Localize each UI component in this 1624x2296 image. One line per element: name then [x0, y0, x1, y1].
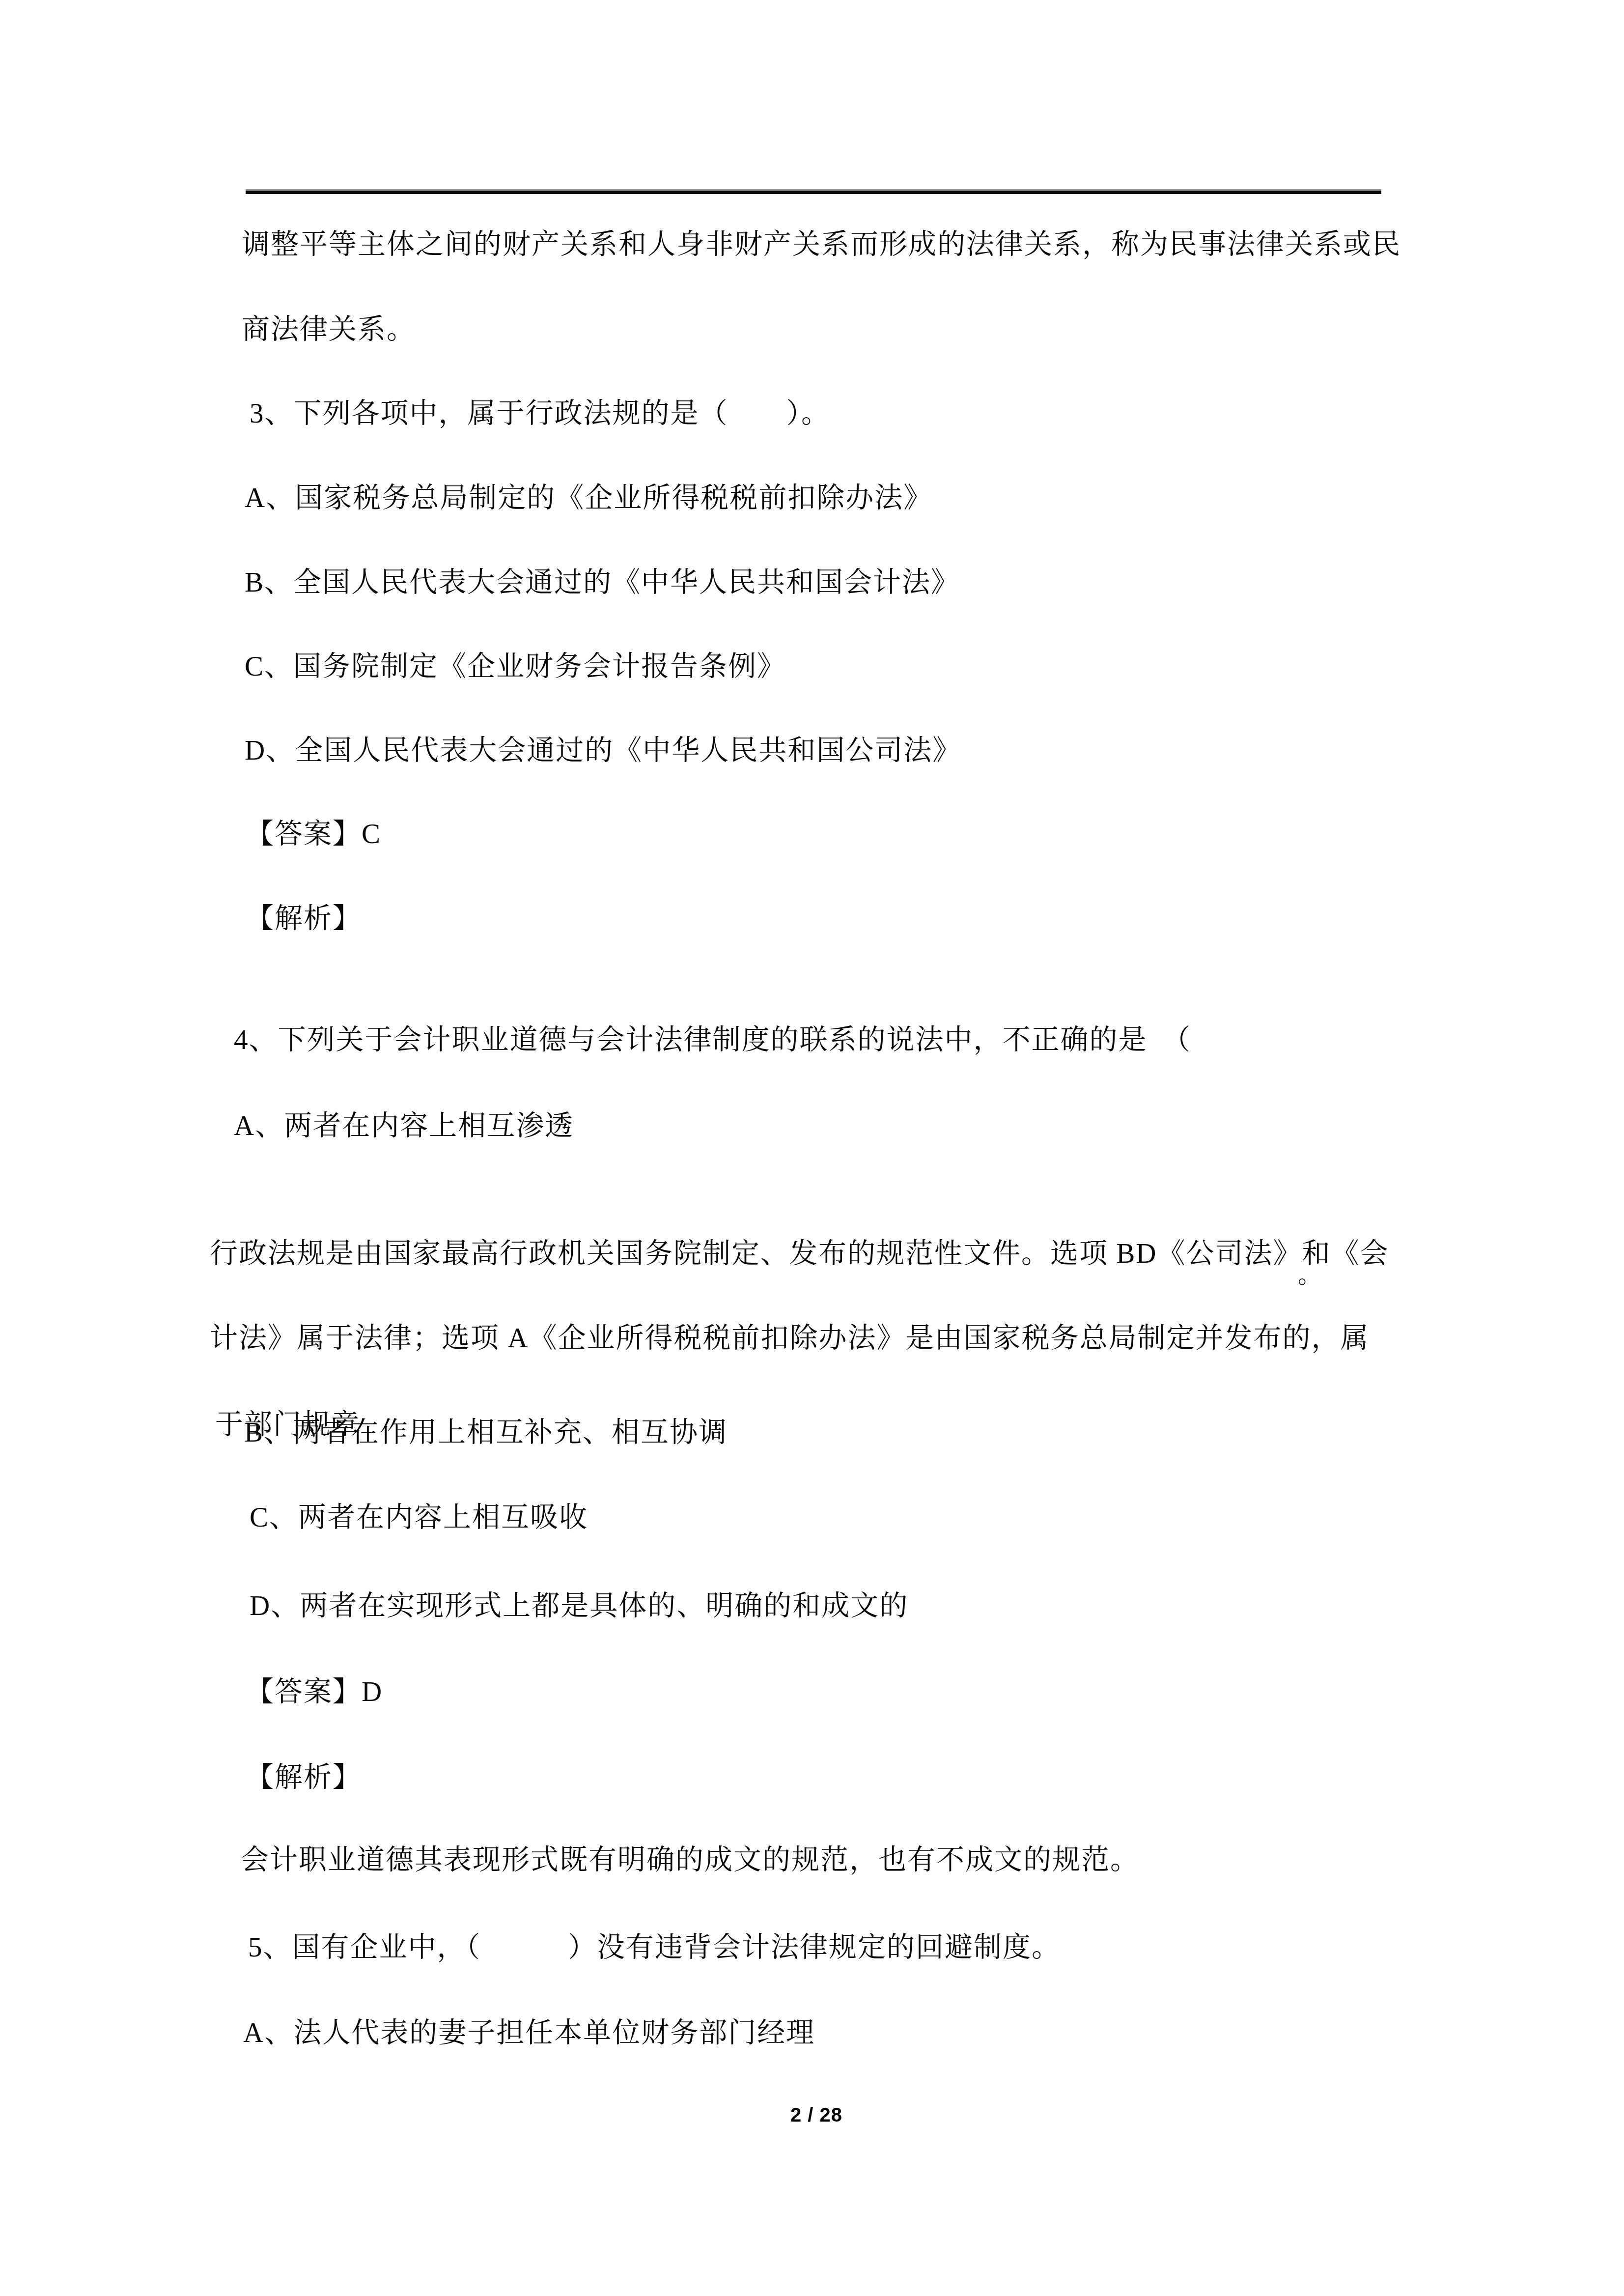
question-4-stem: 4、下列关于会计职业道德与会计法律制度的联系的说法中，不正确的是 （: [234, 1022, 1191, 1057]
question-3-option-a: A、国家税务总局制定的《企业所得税税前扣除办法》: [245, 481, 932, 515]
question-3-stem: 3、下列各项中，属于行政法规的是（ ）。: [250, 396, 830, 431]
question-3-analysis-line-1: 行政法规是由国家最高行政机关国务院制定、发布的规范性文件。选项 BD《公司法》和…: [210, 1236, 1389, 1271]
prev-analysis-line-2: 商法律关系。: [242, 312, 416, 347]
question-4-option-d: D、两者在实现形式上都是具体的、明确的和成文的: [250, 1588, 908, 1623]
question-5-stem: 5、国有企业中，（ ）没有违背会计法律规定的回避制度。: [248, 1930, 1061, 1965]
question-3-option-b: B、全国人民代表大会通过的《中华人民共和国会计法》: [245, 565, 960, 600]
header-rule: [246, 189, 1381, 194]
question-4-option-a: A、两者在内容上相互渗透: [234, 1108, 574, 1143]
question-3-analysis-label: 【解析】: [246, 901, 362, 936]
page-number-indicator: 2 / 28: [790, 2104, 842, 2126]
question-4-option-b: B、两者在作用上相互补充、相互协调: [244, 1415, 728, 1450]
document-page: 调整平等主体之间的财产关系和人身非财产关系而形成的法律关系，称为民事法律关系或民…: [0, 0, 1624, 2296]
question-3-option-d: D、全国人民代表大会通过的《中华人民共和国公司法》: [245, 733, 961, 768]
question-4-analysis-line-1: 会计职业道德其表现形式既有明确的成文的规范，也有不成文的规范。: [241, 1842, 1139, 1877]
question-3-option-c: C、国务院制定《企业财务会计报告条例》: [245, 649, 786, 684]
prev-analysis-line-1: 调整平等主体之间的财产关系和人身非财产关系而形成的法律关系，称为民事法律关系或民: [242, 227, 1401, 262]
question-3-analysis-line-2: 计法》属于法律；选项 A《企业所得税税前扣除办法》是由国家税务总局制定并发布的，…: [210, 1321, 1369, 1356]
question-4-option-c: C、两者在内容上相互吸收: [250, 1500, 588, 1535]
question-4-answer: 【答案】D: [246, 1674, 383, 1709]
question-4-analysis-label: 【解析】: [246, 1760, 362, 1795]
stray-period-mark: 。: [1298, 1264, 1321, 1287]
question-3-answer: 【答案】C: [246, 817, 381, 851]
question-5-option-a: A、法人代表的妻子担任本单位财务部门经理: [243, 2015, 815, 2050]
